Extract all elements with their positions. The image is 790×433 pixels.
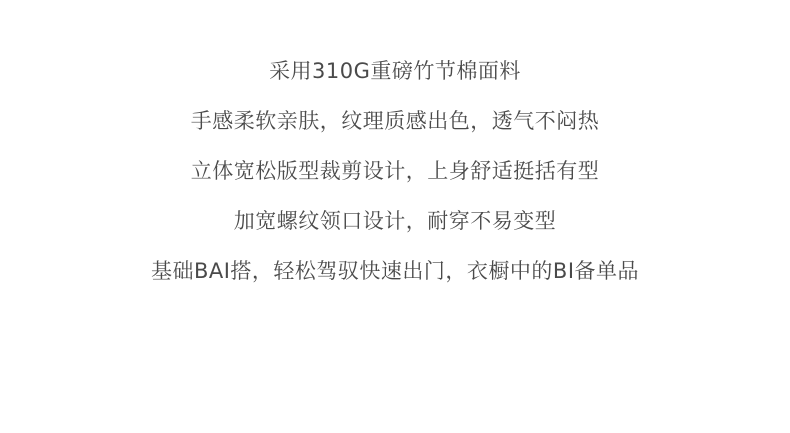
product-description-page: 采用310G重磅竹节棉面料 手感柔软亲肤，纹理质感出色，透气不闷热 立体宽松版型… (0, 0, 790, 433)
feature-text-block: 采用310G重磅竹节棉面料 手感柔软亲肤，纹理质感出色，透气不闷热 立体宽松版型… (0, 46, 790, 296)
feature-line-collar: 加宽螺纹领口设计，耐穿不易变型 (234, 196, 557, 246)
feature-line-texture: 手感柔软亲肤，纹理质感出色，透气不闷热 (191, 96, 600, 146)
feature-line-fabric: 采用310G重磅竹节棉面料 (269, 46, 521, 96)
feature-line-versatile: 基础BAI搭，轻松驾驭快速出门，衣橱中的BI备单品 (151, 246, 639, 296)
feature-line-fit: 立体宽松版型裁剪设计，上身舒适挺括有型 (191, 146, 600, 196)
